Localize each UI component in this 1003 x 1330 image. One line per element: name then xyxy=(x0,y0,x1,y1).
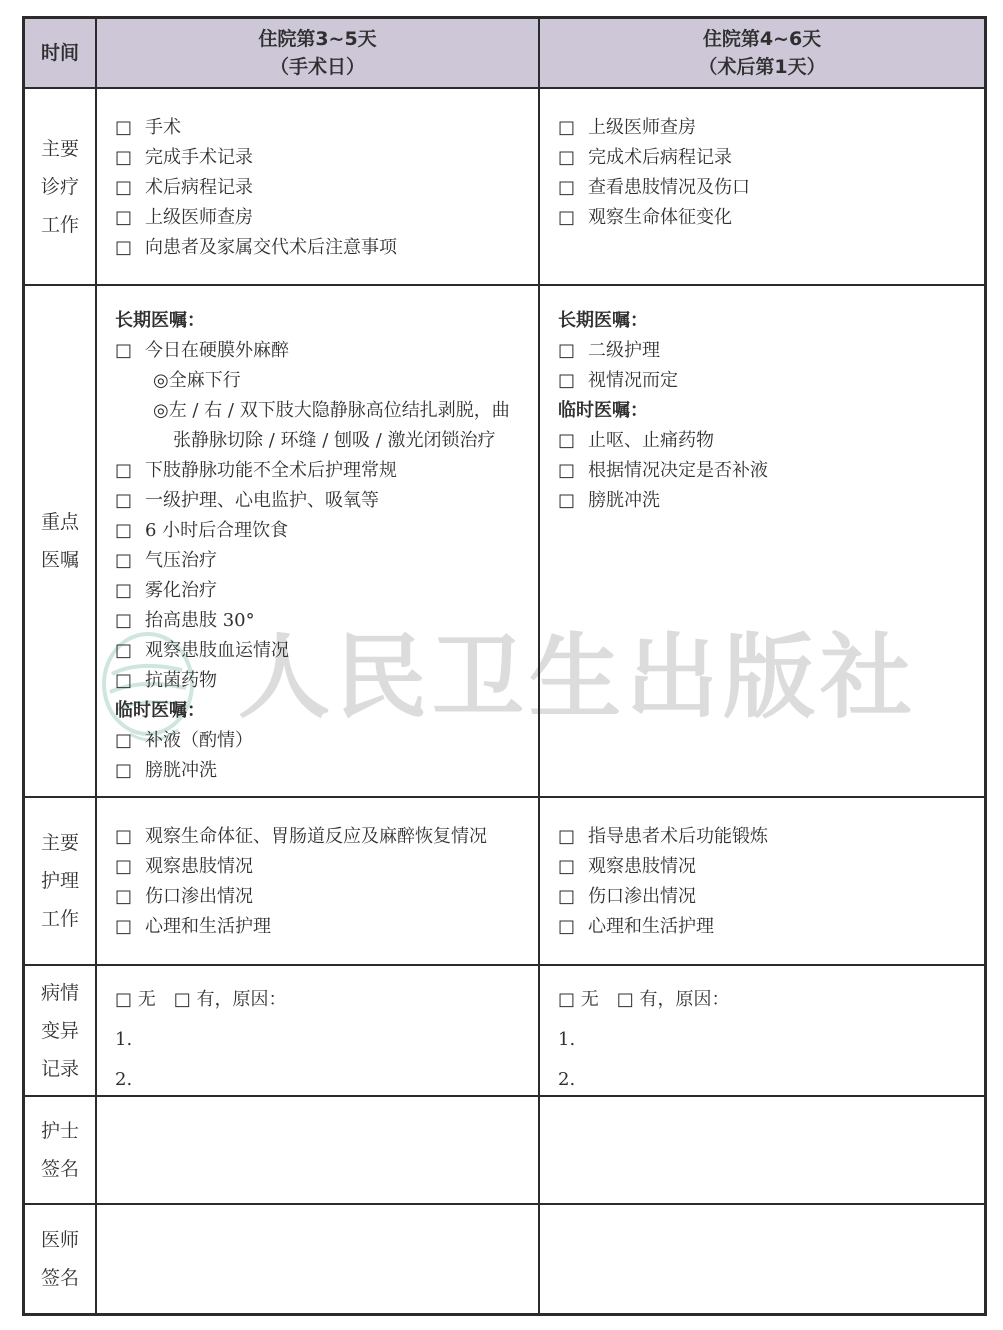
checkbox-icon[interactable]: □ xyxy=(558,173,588,203)
row-label-line: 主要 xyxy=(41,824,79,862)
checkbox-icon[interactable]: □ xyxy=(558,486,588,516)
physician-signature-day46-field[interactable] xyxy=(540,1205,984,1313)
day46-subtitle: （术后第1天） xyxy=(698,53,825,81)
checkbox-item[interactable]: □上级医师查房 xyxy=(115,203,520,233)
checkbox-label: 向患者及家属交代术后注意事项 xyxy=(145,237,397,258)
checkbox-label: 气压治疗 xyxy=(145,550,217,571)
row-nurse-signature-label: 护士签名 xyxy=(25,1097,97,1205)
checkbox-label: 完成术后病程记录 xyxy=(588,147,732,168)
row-main-treatment-label: 主要诊疗工作 xyxy=(25,89,97,286)
checkbox-label: 二级护理 xyxy=(588,340,660,361)
checkbox-item[interactable]: □完成手术记录 xyxy=(115,143,520,173)
row-label-line: 签名 xyxy=(41,1259,79,1297)
clinical-pathway-page: 人民卫生出版社 时间 住院第3~5天 （手术日） 住院第4~6天 （术后第1天）… xyxy=(0,0,1003,1330)
checkbox-icon[interactable]: □ xyxy=(558,456,588,486)
row-label-line: 变异 xyxy=(41,1012,79,1050)
checkbox-label: 膀胱冲洗 xyxy=(145,760,217,781)
checkbox-label: 观察患肢情况 xyxy=(588,856,696,877)
row-physician-signature-label: 医师签名 xyxy=(25,1205,97,1313)
checkbox-item[interactable]: □雾化治疗 xyxy=(115,576,520,606)
checkbox-item[interactable]: □手术 xyxy=(115,113,520,143)
key-orders-day46-cell: 长期医嘱：□二级护理□视情况而定临时医嘱：□止呕、止痛药物□根据情况决定是否补液… xyxy=(540,286,984,798)
row-label-line: 记录 xyxy=(41,1050,79,1088)
checkbox-item[interactable]: □一级护理、心电监护、吸氧等 xyxy=(115,486,520,516)
sub-option-item[interactable]: ◎左 / 右 / 双下肢大隐静脉高位结扎剥脱，曲张静脉切除 / 环缝 / 刨吸 … xyxy=(115,396,520,456)
checkbox-item[interactable]: □观察生命体征、胃肠道反应及麻醉恢复情况 xyxy=(115,822,520,852)
checkbox-icon[interactable]: □ xyxy=(115,113,145,143)
checkbox-label: 视情况而定 xyxy=(588,370,678,391)
row-label-line: 工作 xyxy=(41,206,79,244)
sub-option-item[interactable]: ◎全麻下行 xyxy=(115,366,520,396)
checkbox-icon[interactable]: □ xyxy=(558,426,588,456)
checkbox-label: 心理和生活护理 xyxy=(145,916,271,937)
checkbox-icon[interactable]: □ xyxy=(558,912,588,942)
clinical-pathway-table: 时间 住院第3~5天 （手术日） 住院第4~6天 （术后第1天） 主要诊疗工作 … xyxy=(22,16,987,1316)
checkbox-label: 雾化治疗 xyxy=(145,580,217,601)
checkbox-label: 补液（酌情） xyxy=(145,730,253,751)
checkbox-item[interactable]: □伤口渗出情况 xyxy=(558,882,966,912)
row-main-nursing-label: 主要护理工作 xyxy=(25,798,97,966)
row-key-orders-label: 重点医嘱 xyxy=(25,286,97,798)
checkbox-label: 今日在硬膜外麻醉 xyxy=(145,340,289,361)
variation-options-line[interactable]: □ 无 □ 有，原因： xyxy=(558,980,966,1020)
checkbox-icon[interactable]: □ xyxy=(115,756,145,786)
checkbox-item[interactable]: □心理和生活护理 xyxy=(115,912,520,942)
checkbox-icon[interactable]: □ xyxy=(115,882,145,912)
row-label-line: 签名 xyxy=(41,1150,79,1188)
checkbox-icon[interactable]: □ xyxy=(558,366,588,396)
row-label-line: 病情 xyxy=(41,974,79,1012)
nurse-signature-day46-field[interactable] xyxy=(540,1097,984,1205)
checkbox-item[interactable]: □膀胱冲洗 xyxy=(115,756,520,786)
checkbox-icon[interactable]: □ xyxy=(115,822,145,852)
row-label-line: 工作 xyxy=(41,900,79,938)
day46-title: 住院第4~6天 xyxy=(703,25,821,53)
checkbox-icon[interactable]: □ xyxy=(115,636,145,666)
checkbox-label: 上级医师查房 xyxy=(588,117,696,138)
checkbox-label: 心理和生活护理 xyxy=(588,916,714,937)
checkbox-label: 完成手术记录 xyxy=(145,147,253,168)
checkbox-item[interactable]: □下肢静脉功能不全术后护理常规 xyxy=(115,456,520,486)
row-variation-record-label: 病情变异记录 xyxy=(25,966,97,1097)
checkbox-label: 止呕、止痛药物 xyxy=(588,430,714,451)
checkbox-icon[interactable]: □ xyxy=(115,546,145,576)
checkbox-item[interactable]: □视情况而定 xyxy=(558,366,966,396)
checkbox-label: 膀胱冲洗 xyxy=(588,490,660,511)
checkbox-icon[interactable]: □ xyxy=(115,726,145,756)
main-treatment-day35-cell: □手术□完成手术记录□术后病程记录□上级医师查房□向患者及家属交代术后注意事项 xyxy=(97,89,540,286)
checkbox-label: 观察生命体征、胃肠道反应及麻醉恢复情况 xyxy=(145,826,487,847)
checkbox-item[interactable]: □今日在硬膜外麻醉 xyxy=(115,336,520,366)
main-treatment-day46-cell: □上级医师查房□完成术后病程记录□查看患肢情况及伤口□观察生命体征变化 xyxy=(540,89,984,286)
checkbox-icon[interactable]: □ xyxy=(115,143,145,173)
row-label-line: 护理 xyxy=(41,862,79,900)
checkbox-label: 观察患肢情况 xyxy=(145,856,253,877)
checkbox-item[interactable]: □根据情况决定是否补液 xyxy=(558,456,966,486)
checkbox-label: 抗菌药物 xyxy=(145,670,217,691)
header-cell-day-3-5: 住院第3~5天 （手术日） xyxy=(97,19,540,89)
checkbox-item[interactable]: □气压治疗 xyxy=(115,546,520,576)
checkbox-item[interactable]: □查看患肢情况及伤口 xyxy=(558,173,966,203)
variation-reason-line: 1. xyxy=(558,1020,966,1060)
checkbox-icon[interactable]: □ xyxy=(558,203,588,233)
checkbox-label: 术后病程记录 xyxy=(145,177,253,198)
order-category-label: 长期医嘱： xyxy=(558,306,966,336)
checkbox-label: 抬高患肢 30° xyxy=(145,610,255,631)
header-cell-day-4-6: 住院第4~6天 （术后第1天） xyxy=(540,19,984,89)
order-category-label: 临时医嘱： xyxy=(115,696,520,726)
checkbox-item[interactable]: □心理和生活护理 xyxy=(558,912,966,942)
checkbox-item[interactable]: □抗菌药物 xyxy=(115,666,520,696)
checkbox-item[interactable]: □6 小时后合理饮食 xyxy=(115,516,520,546)
variation-record-day46-cell: □ 无 □ 有，原因：1.2. xyxy=(540,966,984,1097)
checkbox-item[interactable]: □指导患者术后功能锻炼 xyxy=(558,822,966,852)
checkbox-icon[interactable]: □ xyxy=(115,486,145,516)
row-label-line: 医师 xyxy=(41,1221,79,1259)
checkbox-label: 伤口渗出情况 xyxy=(588,886,696,907)
main-nursing-day46-cell: □指导患者术后功能锻炼□观察患肢情况□伤口渗出情况□心理和生活护理 xyxy=(540,798,984,966)
checkbox-item[interactable]: □止呕、止痛药物 xyxy=(558,426,966,456)
day35-subtitle: （手术日） xyxy=(270,53,365,81)
checkbox-icon[interactable]: □ xyxy=(558,336,588,366)
checkbox-item[interactable]: □补液（酌情） xyxy=(115,726,520,756)
row-label-line: 护士 xyxy=(41,1112,79,1150)
checkbox-item[interactable]: □伤口渗出情况 xyxy=(115,882,520,912)
checkbox-label: 根据情况决定是否补液 xyxy=(588,460,768,481)
checkbox-icon[interactable]: □ xyxy=(115,912,145,942)
row-label-line: 医嘱 xyxy=(41,541,79,579)
checkbox-icon[interactable]: □ xyxy=(558,143,588,173)
checkbox-item[interactable]: □观察患肢血运情况 xyxy=(115,636,520,666)
variation-options-line[interactable]: □ 无 □ 有，原因： xyxy=(115,980,520,1020)
checkbox-item[interactable]: □术后病程记录 xyxy=(115,173,520,203)
checkbox-icon[interactable]: □ xyxy=(558,852,588,882)
physician-signature-day35-field[interactable] xyxy=(97,1205,540,1313)
checkbox-item[interactable]: □观察生命体征变化 xyxy=(558,203,966,233)
checkbox-label: 观察生命体征变化 xyxy=(588,207,732,228)
checkbox-label: 手术 xyxy=(145,117,181,138)
checkbox-label: 伤口渗出情况 xyxy=(145,886,253,907)
order-category-label: 长期医嘱： xyxy=(115,306,520,336)
row-label-line: 重点 xyxy=(41,503,79,541)
variation-reason-line: 2. xyxy=(115,1060,520,1097)
checkbox-item[interactable]: □完成术后病程记录 xyxy=(558,143,966,173)
checkbox-icon[interactable]: □ xyxy=(558,822,588,852)
row-label-line: 诊疗 xyxy=(41,168,79,206)
checkbox-label: 下肢静脉功能不全术后护理常规 xyxy=(145,460,397,481)
main-nursing-day35-cell: □观察生命体征、胃肠道反应及麻醉恢复情况□观察患肢情况□伤口渗出情况□心理和生活… xyxy=(97,798,540,966)
variation-reason-line: 2. xyxy=(558,1060,966,1097)
checkbox-icon[interactable]: □ xyxy=(115,516,145,546)
checkbox-label: 观察患肢血运情况 xyxy=(145,640,289,661)
key-orders-day35-cell: 长期医嘱：□今日在硬膜外麻醉◎全麻下行◎左 / 右 / 双下肢大隐静脉高位结扎剥… xyxy=(97,286,540,798)
checkbox-icon[interactable]: □ xyxy=(115,606,145,636)
checkbox-label: 一级护理、心电监护、吸氧等 xyxy=(145,490,379,511)
checkbox-icon[interactable]: □ xyxy=(115,233,145,263)
checkbox-label: 6 小时后合理饮食 xyxy=(145,520,288,541)
header-cell-time: 时间 xyxy=(25,19,97,89)
checkbox-icon[interactable]: □ xyxy=(115,456,145,486)
checkbox-label: 查看患肢情况及伤口 xyxy=(588,177,750,198)
checkbox-icon[interactable]: □ xyxy=(115,852,145,882)
day35-title: 住院第3~5天 xyxy=(258,25,376,53)
row-label-line: 主要 xyxy=(41,130,79,168)
checkbox-item[interactable]: □二级护理 xyxy=(558,336,966,366)
checkbox-icon[interactable]: □ xyxy=(558,113,588,143)
checkbox-icon[interactable]: □ xyxy=(115,576,145,606)
checkbox-label: 指导患者术后功能锻炼 xyxy=(588,826,768,847)
variation-record-day35-cell: □ 无 □ 有，原因：1.2. xyxy=(97,966,540,1097)
checkbox-item[interactable]: □上级医师查房 xyxy=(558,113,966,143)
checkbox-item[interactable]: □抬高患肢 30° xyxy=(115,606,520,636)
checkbox-item[interactable]: □观察患肢情况 xyxy=(115,852,520,882)
checkbox-item[interactable]: □观察患肢情况 xyxy=(558,852,966,882)
checkbox-item[interactable]: □向患者及家属交代术后注意事项 xyxy=(115,233,520,263)
variation-reason-line: 1. xyxy=(115,1020,520,1060)
checkbox-icon[interactable]: □ xyxy=(115,666,145,696)
checkbox-icon[interactable]: □ xyxy=(558,882,588,912)
checkbox-icon[interactable]: □ xyxy=(115,203,145,233)
nurse-signature-day35-field[interactable] xyxy=(97,1097,540,1205)
checkbox-icon[interactable]: □ xyxy=(115,336,145,366)
checkbox-icon[interactable]: □ xyxy=(115,173,145,203)
checkbox-label: 上级医师查房 xyxy=(145,207,253,228)
order-category-label: 临时医嘱： xyxy=(558,396,966,426)
time-column-label: 时间 xyxy=(41,39,79,67)
checkbox-item[interactable]: □膀胱冲洗 xyxy=(558,486,966,516)
